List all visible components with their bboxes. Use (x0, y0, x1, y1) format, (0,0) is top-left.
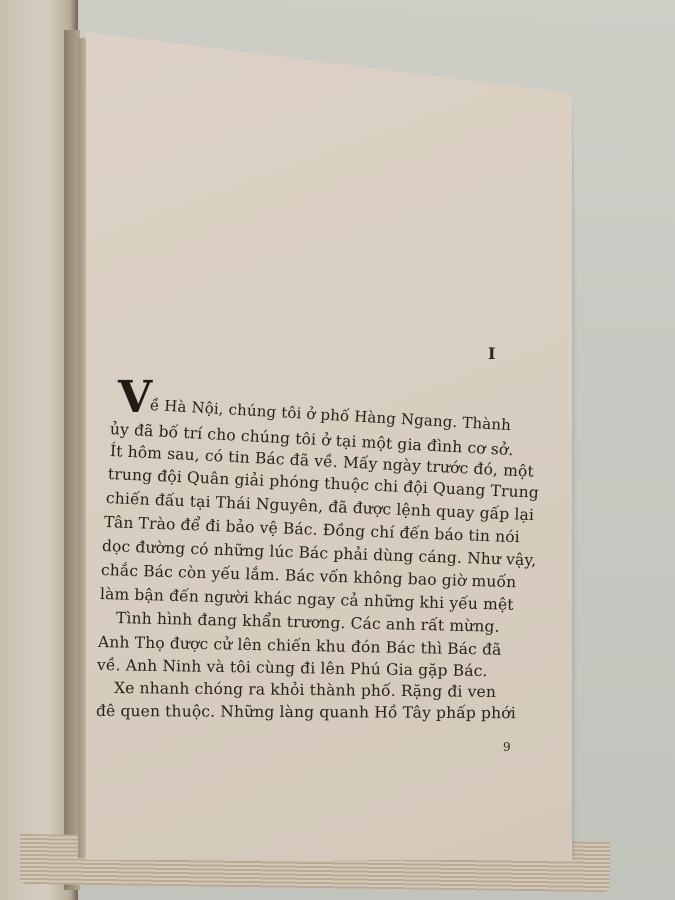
text-line: đê quen thuộc. Những làng quanh Hồ Tây p… (96, 702, 516, 722)
drop-cap: V (118, 376, 152, 420)
chapter-number: I (488, 344, 495, 363)
text-line: Xe nhanh chóng ra khỏi thành phố. Rặng đ… (114, 679, 496, 701)
page-text: I V ề Hà Nội, chúng tôi ở phố Hàng Ngang… (0, 0, 675, 900)
page-number: 9 (503, 740, 511, 754)
text-line: Anh Thọ được cử lên chiến khu đón Bác th… (98, 633, 502, 659)
text-line: về. Anh Ninh và tôi cùng đi lên Phú Gia … (97, 656, 488, 680)
text-line: Tình hình đang khẩn trương. Các anh rất … (116, 609, 500, 636)
